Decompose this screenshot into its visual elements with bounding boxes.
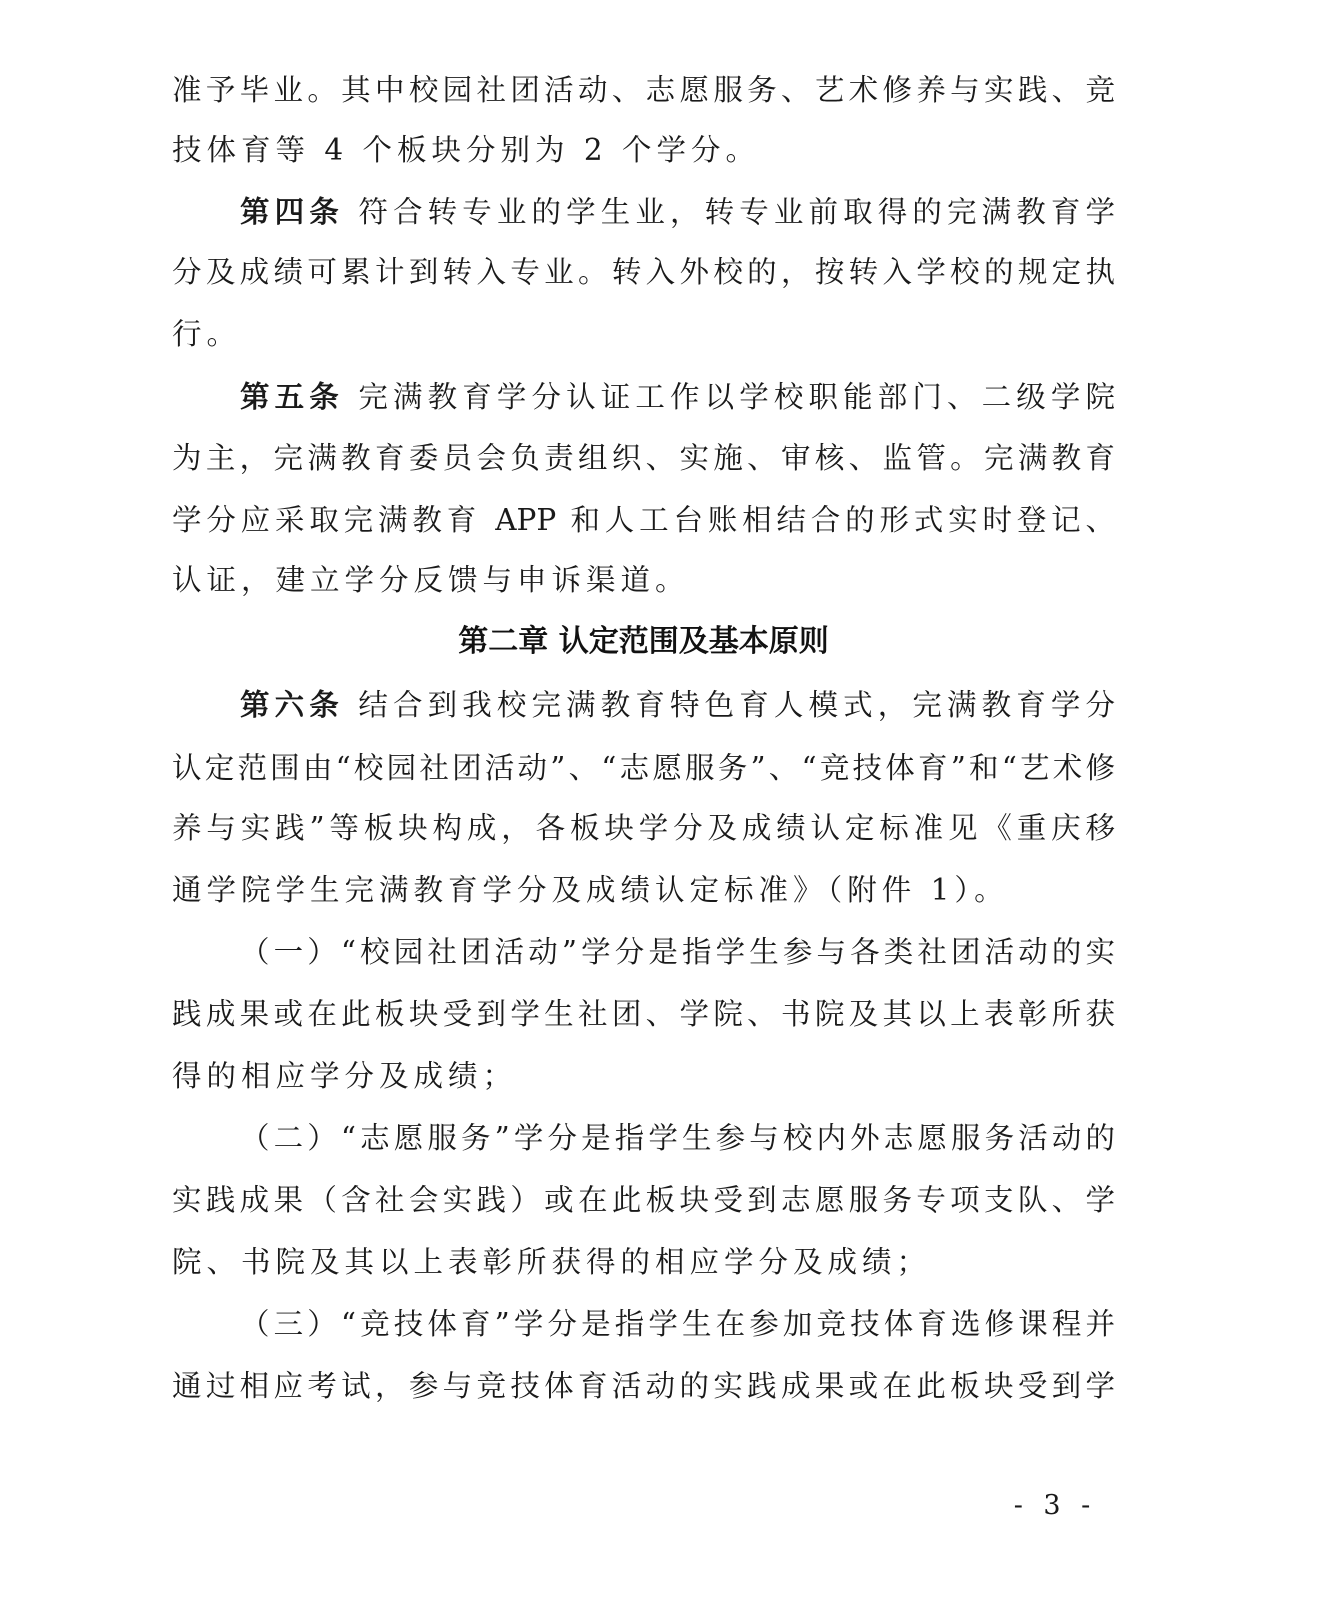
line-text: （一）“校园社团活动”学分是指学生参与各类社团活动的实 [240,935,1115,969]
chapter-heading: 第二章 认定范围及基本原则 [172,622,1115,662]
line-text: 学分应采取完满教育 APP 和人工台账相结合的形式实时登记、 [172,503,1115,537]
text-line: 认定范围由“校园社团活动”、“志愿服务”、“竞技体育”和“艺术修 [172,748,1115,788]
text-line: 得的相应学分及成绩； [172,1056,1115,1096]
article-heading: 第六条 [240,688,344,722]
text-line: 行。 [172,314,1115,354]
line-text: 院、书院及其以上表彰所获得的相应学分及成绩； [172,1245,931,1279]
text-line: 通学院学生完满教育学分及成绩认定标准》（附件 1）。 [172,870,1115,910]
text-line: 准予毕业。其中校园社团活动、志愿服务、艺术修养与实践、竞 [172,70,1115,110]
text-line: 技体育等 4 个板块分别为 2 个学分。 [172,130,1115,170]
line-text: 实践成果（含社会实践）或在此板块受到志愿服务专项支队、学 [172,1183,1115,1217]
text-line: 养与实践”等板块构成，各板块学分及成绩认定标准见《重庆移 [172,808,1115,848]
line-text: 认定范围由“校园社团活动”、“志愿服务”、“竞技体育”和“艺术修 [172,751,1115,785]
text-line: 学分应采取完满教育 APP 和人工台账相结合的形式实时登记、 [172,500,1115,540]
text-line: 实践成果（含社会实践）或在此板块受到志愿服务专项支队、学 [172,1180,1115,1220]
text-line: 践成果或在此板块受到学生社团、学院、书院及其以上表彰所获 [172,994,1115,1034]
article-6-first-line: 第六条 结合到我校完满教育特色育人模式，完满教育学分 [240,685,1115,725]
line-text: 通过相应考试，参与竞技体育活动的实践成果或在此板块受到学 [172,1369,1115,1403]
article-heading: 第四条 [240,195,344,229]
line-text: 践成果或在此板块受到学生社团、学院、书院及其以上表彰所获 [172,997,1115,1031]
line-text: （三）“竞技体育”学分是指学生在参加竞技体育选修课程并 [240,1307,1115,1341]
item-2-first-line: （二）“志愿服务”学分是指学生参与校内外志愿服务活动的 [240,1118,1115,1158]
item-3-first-line: （三）“竞技体育”学分是指学生在参加竞技体育选修课程并 [240,1304,1115,1344]
line-text: 完满教育学分认证工作以学校职能部门、二级学院 [344,380,1115,414]
page-number: - 3 - [1000,1488,1110,1524]
line-text: 准予毕业。其中校园社团活动、志愿服务、艺术修养与实践、竞 [172,73,1115,107]
text-line: 院、书院及其以上表彰所获得的相应学分及成绩； [172,1242,1115,1282]
line-text: 技体育等 4 个板块分别为 2 个学分。 [172,133,760,167]
text-line: 分及成绩可累计到转入专业。转入外校的，按转入学校的规定执 [172,252,1115,292]
article-5-first-line: 第五条 完满教育学分认证工作以学校职能部门、二级学院 [240,377,1115,417]
article-4-first-line: 第四条 符合转专业的学生业，转专业前取得的完满教育学 [240,192,1115,232]
text-line: 通过相应考试，参与竞技体育活动的实践成果或在此板块受到学 [172,1366,1115,1406]
line-text: 行。 [172,317,241,351]
document-page: 准予毕业。其中校园社团活动、志愿服务、艺术修养与实践、竞 技体育等 4 个板块分… [0,0,1322,1624]
text-line: 认证，建立学分反馈与申诉渠道。 [172,560,1115,600]
line-text: 养与实践”等板块构成，各板块学分及成绩认定标准见《重庆移 [172,811,1115,845]
line-text: 符合转专业的学生业，转专业前取得的完满教育学 [344,195,1115,229]
line-text: 得的相应学分及成绩； [172,1059,517,1093]
line-text: 为主，完满教育委员会负责组织、实施、审核、监管。完满教育 [172,441,1115,475]
item-1-first-line: （一）“校园社团活动”学分是指学生参与各类社团活动的实 [240,932,1115,972]
line-text: （二）“志愿服务”学分是指学生参与校内外志愿服务活动的 [240,1121,1115,1155]
text-line: 为主，完满教育委员会负责组织、实施、审核、监管。完满教育 [172,438,1115,478]
line-text: 通学院学生完满教育学分及成绩认定标准》（附件 1）。 [172,873,1009,907]
line-text: 认证，建立学分反馈与申诉渠道。 [172,563,690,597]
line-text: 结合到我校完满教育特色育人模式，完满教育学分 [344,688,1115,722]
line-text: 分及成绩可累计到转入专业。转入外校的，按转入学校的规定执 [172,255,1115,289]
article-heading: 第五条 [240,380,344,414]
